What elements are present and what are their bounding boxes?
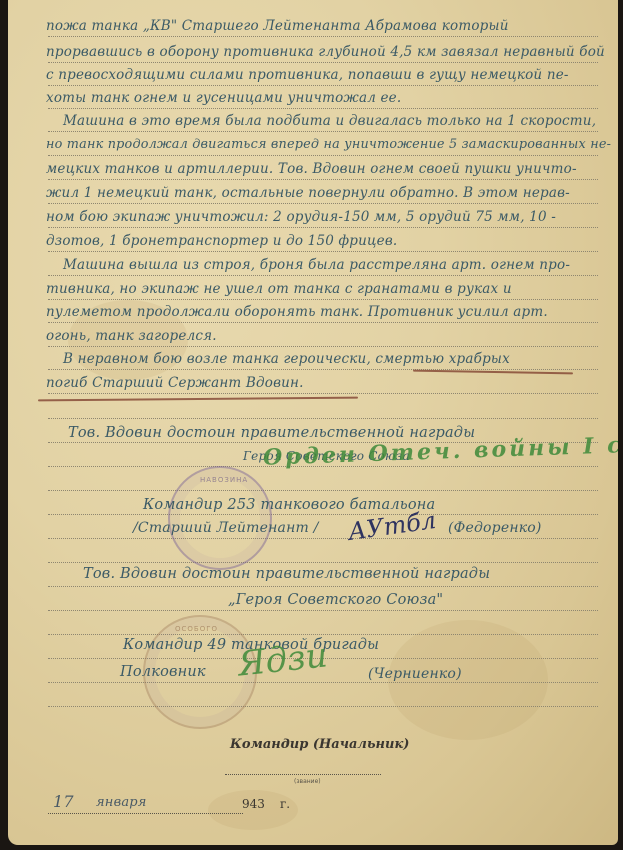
commander-title: Командир 253 танкового батальона xyxy=(143,497,435,513)
date-rule xyxy=(48,813,243,814)
narrative-line: В неравном бою возле танка героически, с… xyxy=(63,351,510,367)
narrative-line: хоты танк огнем и гусеницами уничтожал е… xyxy=(46,90,401,106)
narrative-line: ном бою экипаж уничтожил: 2 орудия-150 м… xyxy=(46,209,556,225)
narrative-line: пулеметом продолжали оборонять танк. Про… xyxy=(46,304,548,320)
commander-signature: Ядзи xyxy=(236,635,329,684)
red-underline xyxy=(413,370,573,375)
document-page: пожа танка „КВ" Старшего Лейтенанта Абра… xyxy=(8,0,618,845)
date-day: 17 xyxy=(53,792,74,811)
narrative-line: дзотов, 1 бронетранспортер и до 150 фриц… xyxy=(46,233,397,249)
narrative-line: погиб Старший Сержант Вдовин. xyxy=(46,375,304,391)
official-stamp: НАВОЗИНА xyxy=(168,466,272,570)
narrative-line: огонь, танк загорелся. xyxy=(46,328,217,344)
recommendation-text: Тов. Вдовин достоин правительственной на… xyxy=(83,566,490,582)
date-year: 943 xyxy=(242,797,265,811)
narrative-line: с превосходящими силами противника, попа… xyxy=(46,67,569,83)
date-month: января xyxy=(96,795,147,810)
commander-name: (Черниенко) xyxy=(368,666,462,682)
narrative-line: Машина в это время была подбита и двигал… xyxy=(63,113,596,129)
narrative-line: Машина вышла из строя, броня была расстр… xyxy=(63,257,570,273)
year-suffix: г. xyxy=(280,797,290,811)
narrative-line: жил 1 немецкий танк, остальные повернули… xyxy=(46,185,570,201)
stamp-text: НАВОЗИНА xyxy=(200,476,248,484)
narrative-line: тивника, но экипаж не ушел от танка с гр… xyxy=(46,281,512,297)
printed-commander-label: Командир (Начальник) xyxy=(230,737,409,752)
commander-rank: /Старший Лейтенант / xyxy=(133,520,319,536)
narrative-line: пожа танка „КВ" Старшего Лейтенанта Абра… xyxy=(46,18,509,34)
red-underline xyxy=(38,397,358,402)
award-text: „Героя Советского Союза" xyxy=(228,592,443,608)
rank-label: Старший Лейтенант xyxy=(138,520,309,536)
stamp-text: ОСОБОГО xyxy=(175,625,218,633)
narrative-line: но танк продолжал двигаться вперед на ун… xyxy=(46,137,611,152)
commander-name: (Федоренко) xyxy=(448,520,542,536)
signature-caption: (звание) xyxy=(294,778,321,785)
commander-rank: Полковник xyxy=(120,664,206,680)
narrative-line: мецких танков и артиллерии. Тов. Вдовин … xyxy=(46,161,577,177)
narrative-line: прорвавшись в оборону противника глубино… xyxy=(46,44,605,60)
signature-line xyxy=(225,774,381,775)
